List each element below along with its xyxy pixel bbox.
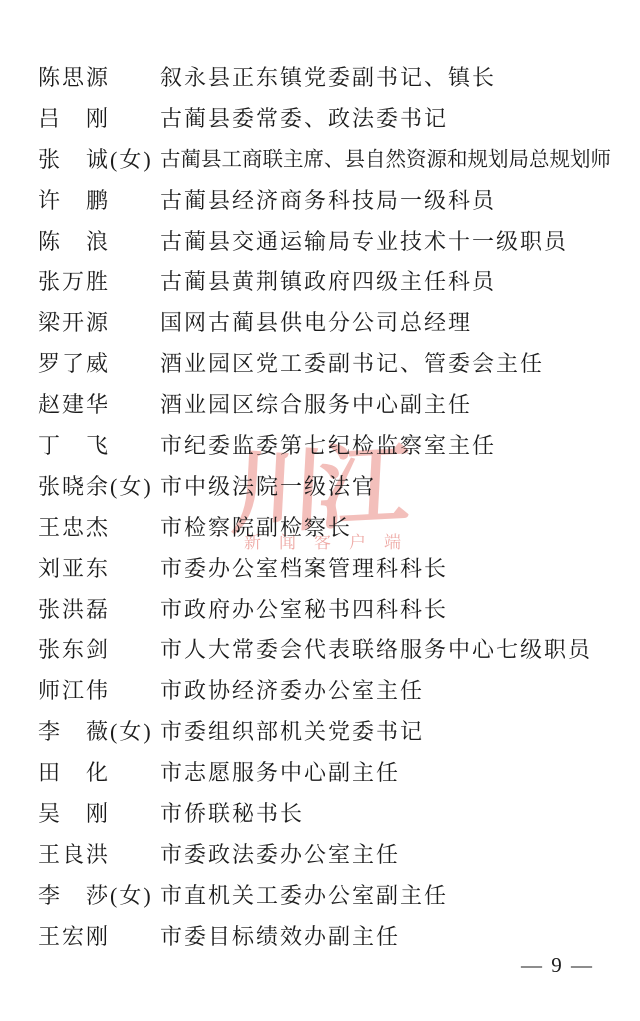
person-name: 张晓余(女) xyxy=(38,467,153,508)
person-name: 吴 刚 xyxy=(38,794,110,835)
person-name: 许 鹏 xyxy=(38,181,110,222)
person-title: 市政府办公室秘书四科科长 xyxy=(160,590,448,631)
list-item: 王良洪市委政法委办公室主任 xyxy=(0,835,640,876)
person-title: 古蔺县委常委、政法委书记 xyxy=(160,99,448,140)
list-item: 李 莎(女)市直机关工委办公室副主任 xyxy=(0,876,640,917)
person-title: 古蔺县经济商务科技局一级科员 xyxy=(160,181,496,222)
person-title: 古蔺县黄荆镇政府四级主任科员 xyxy=(160,262,496,303)
person-title: 市志愿服务中心副主任 xyxy=(160,753,400,794)
person-title: 市委组织部机关党委书记 xyxy=(160,712,424,753)
list-item: 李 薇(女)市委组织部机关党委书记 xyxy=(0,712,640,753)
person-name: 丁 飞 xyxy=(38,426,110,467)
list-item: 张 诚(女)古蔺县工商联主席、县自然资源和规划局总规划师 xyxy=(0,140,640,181)
person-title: 市人大常委会代表联络服务中心七级职员 xyxy=(160,630,592,671)
list-item: 丁 飞市纪委监委第七纪检监察室主任 xyxy=(0,426,640,467)
list-item: 张万胜古蔺县黄荆镇政府四级主任科员 xyxy=(0,262,640,303)
list-item: 王忠杰市检察院副检察长 xyxy=(0,508,640,549)
person-name: 李 莎(女) xyxy=(38,876,153,917)
person-name: 张东剑 xyxy=(38,630,110,671)
person-name: 田 化 xyxy=(38,753,110,794)
list-item: 刘亚东市委办公室档案管理科科长 xyxy=(0,549,640,590)
list-item: 田 化市志愿服务中心副主任 xyxy=(0,753,640,794)
document-page: 川江 新闻客户端 陈思源叙永县正东镇党委副书记、镇长吕 刚古蔺县委常委、政法委书… xyxy=(0,0,640,1021)
list-item: 师江伟市政协经济委办公室主任 xyxy=(0,671,640,712)
list-item: 张晓余(女)市中级法院一级法官 xyxy=(0,467,640,508)
person-name: 赵建华 xyxy=(38,385,110,426)
list-item: 陈 浪古蔺县交通运输局专业技术十一级职员 xyxy=(0,222,640,263)
person-title: 酒业园区综合服务中心副主任 xyxy=(160,385,472,426)
person-name: 张万胜 xyxy=(38,262,110,303)
list-item: 吴 刚市侨联秘书长 xyxy=(0,794,640,835)
person-title: 市委目标绩效办副主任 xyxy=(160,917,400,958)
person-title: 市直机关工委办公室副主任 xyxy=(160,876,448,917)
person-name: 师江伟 xyxy=(38,671,110,712)
list-item: 陈思源叙永县正东镇党委副书记、镇长 xyxy=(0,58,640,99)
roster-list: 陈思源叙永县正东镇党委副书记、镇长吕 刚古蔺县委常委、政法委书记张 诚(女)古蔺… xyxy=(0,58,640,958)
list-item: 吕 刚古蔺县委常委、政法委书记 xyxy=(0,99,640,140)
person-title: 古蔺县工商联主席、县自然资源和规划局总规划师 xyxy=(160,140,611,181)
person-title: 国网古蔺县供电分公司总经理 xyxy=(160,303,472,344)
person-title: 市政协经济委办公室主任 xyxy=(160,671,424,712)
person-name: 张洪磊 xyxy=(38,590,110,631)
person-title: 市中级法院一级法官 xyxy=(160,467,376,508)
person-name: 罗了威 xyxy=(38,344,110,385)
person-title: 古蔺县交通运输局专业技术十一级职员 xyxy=(160,222,568,263)
list-item: 梁开源国网古蔺县供电分公司总经理 xyxy=(0,303,640,344)
person-title: 叙永县正东镇党委副书记、镇长 xyxy=(160,58,496,99)
list-item: 张洪磊市政府办公室秘书四科科长 xyxy=(0,590,640,631)
person-name: 李 薇(女) xyxy=(38,712,153,753)
person-title: 市纪委监委第七纪检监察室主任 xyxy=(160,426,496,467)
list-item: 许 鹏古蔺县经济商务科技局一级科员 xyxy=(0,181,640,222)
person-title: 市检察院副检察长 xyxy=(160,508,352,549)
list-item: 赵建华酒业园区综合服务中心副主任 xyxy=(0,385,640,426)
list-item: 张东剑市人大常委会代表联络服务中心七级职员 xyxy=(0,630,640,671)
person-title: 市委政法委办公室主任 xyxy=(160,835,400,876)
person-title: 酒业园区党工委副书记、管委会主任 xyxy=(160,344,544,385)
person-name: 王良洪 xyxy=(38,835,110,876)
person-name: 刘亚东 xyxy=(38,549,110,590)
person-name: 陈思源 xyxy=(38,58,110,99)
list-item: 罗了威酒业园区党工委副书记、管委会主任 xyxy=(0,344,640,385)
person-name: 张 诚(女) xyxy=(38,140,153,181)
person-name: 陈 浪 xyxy=(38,222,110,263)
person-name: 王忠杰 xyxy=(38,508,110,549)
page-number: — 9 — xyxy=(521,953,594,978)
person-title: 市侨联秘书长 xyxy=(160,794,304,835)
person-name: 吕 刚 xyxy=(38,99,110,140)
person-title: 市委办公室档案管理科科长 xyxy=(160,549,448,590)
person-name: 梁开源 xyxy=(38,303,110,344)
person-name: 王宏刚 xyxy=(38,917,110,958)
list-item: 王宏刚市委目标绩效办副主任 xyxy=(0,917,640,958)
